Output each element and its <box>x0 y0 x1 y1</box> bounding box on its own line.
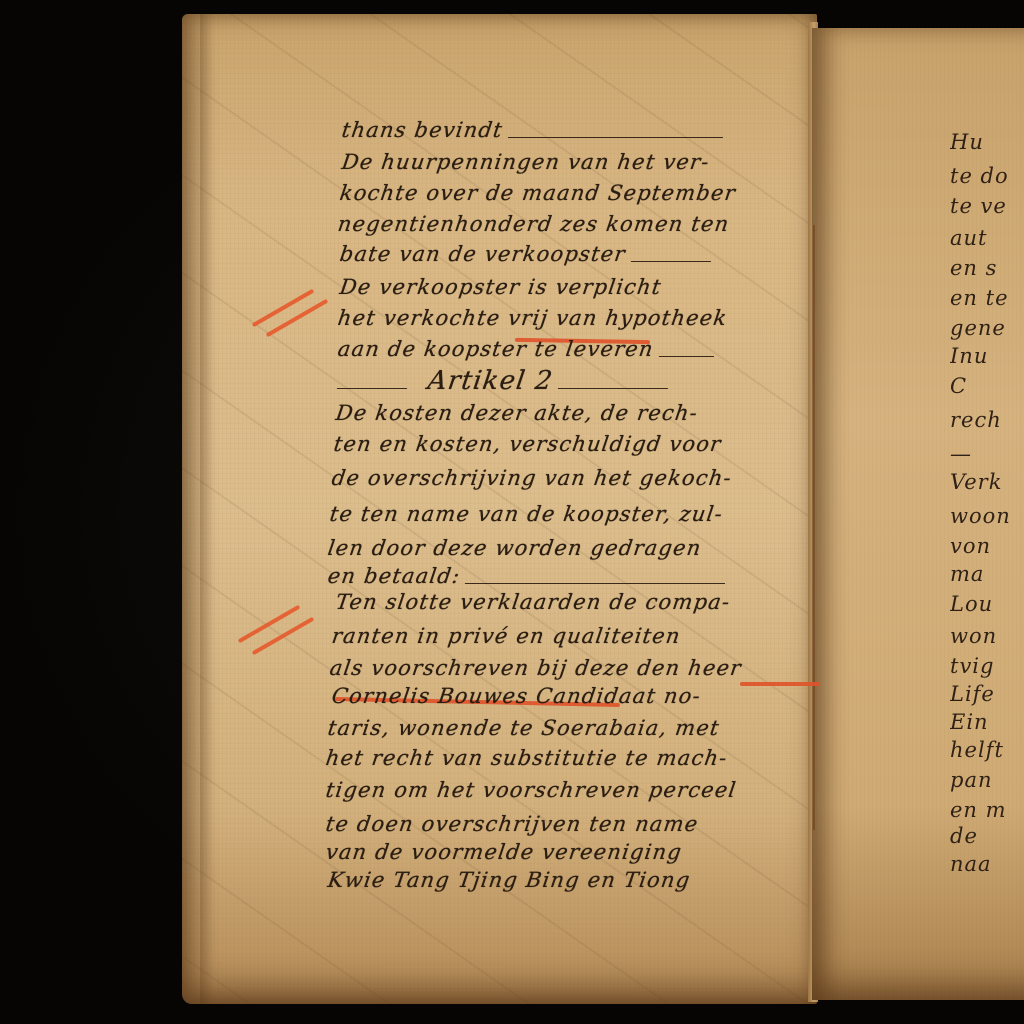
text-line: ten en kosten, verschuldigd voor <box>332 432 723 456</box>
text-line: te do <box>950 164 1009 188</box>
text-line: en s <box>950 256 997 280</box>
text-line: Lou <box>950 592 993 616</box>
text-line: thans bevindt <box>340 118 725 142</box>
text-line: en m <box>950 798 1007 822</box>
text-line: tvig <box>950 654 994 678</box>
text-line: negentienhonderd zes komen ten <box>336 212 731 236</box>
text-line: De huurpenningen van het ver- <box>340 150 711 174</box>
text-line: — <box>950 442 972 466</box>
text-line: Inu <box>950 344 988 368</box>
text-line: Hu <box>950 130 984 154</box>
text-line: woon <box>950 504 1011 528</box>
text-line: len door deze worden gedragen <box>326 536 703 560</box>
text-line: won <box>950 624 997 648</box>
text-line: van de voormelde vereeniging <box>324 840 683 864</box>
text-line: von <box>950 534 991 558</box>
text-line: De kosten dezer akte, de rech- <box>334 401 699 425</box>
text-line: Ein <box>950 710 989 734</box>
text-line: aut <box>950 226 987 250</box>
red-underline-den-heer <box>740 682 820 686</box>
text-line: te ve <box>950 194 1007 218</box>
text-line: de <box>950 824 978 848</box>
text-line: de overschrijving van het gekoch- <box>330 466 733 490</box>
text-line: te ten name van de koopster, zul- <box>328 502 724 526</box>
text-line: en te <box>950 286 1009 310</box>
text-line: bate van de verkoopster <box>338 242 713 266</box>
text-line: Cornelis Bouwes Candidaat no- <box>330 684 702 708</box>
text-line: ma <box>950 562 984 586</box>
text-line: C <box>950 374 967 398</box>
handwritten-text-right-fragment: Hu te do te ve aut en s en te gene Inu C… <box>950 130 1024 890</box>
text-line: naa <box>950 852 992 876</box>
text-line: tigen om het voorschreven perceel <box>324 778 738 802</box>
text-line: Kwie Tang Tjing Bing en Tiong <box>326 868 692 892</box>
text-line: als voorschreven bij deze den heer <box>328 656 743 680</box>
text-line: en betaald: <box>326 564 728 588</box>
text-line: aan de koopster te leveren <box>336 337 716 361</box>
text-line: rech <box>950 408 1002 432</box>
text-line: het recht van substitutie te mach- <box>324 746 729 770</box>
text-line: het verkochte vrij van hypotheek <box>336 306 729 330</box>
text-line: Life <box>950 682 995 706</box>
text-line: De verkoopster is verplicht <box>338 275 663 299</box>
margin-rule <box>813 225 815 830</box>
text-line: pan <box>950 768 993 792</box>
text-line: gene <box>950 316 1006 340</box>
text-line: kochte over de maand September <box>338 181 737 205</box>
text-line: taris, wonende te Soerabaia, met <box>326 716 721 740</box>
text-line: te doen overschrijven ten name <box>324 812 700 836</box>
article-heading: Artikel 2 <box>336 366 671 396</box>
text-line: Ten slotte verklaarden de compa- <box>334 590 732 614</box>
text-line: Verk <box>950 470 1002 494</box>
text-line: helft <box>950 738 1004 762</box>
text-line: ranten in privé en qualiteiten <box>330 624 682 648</box>
